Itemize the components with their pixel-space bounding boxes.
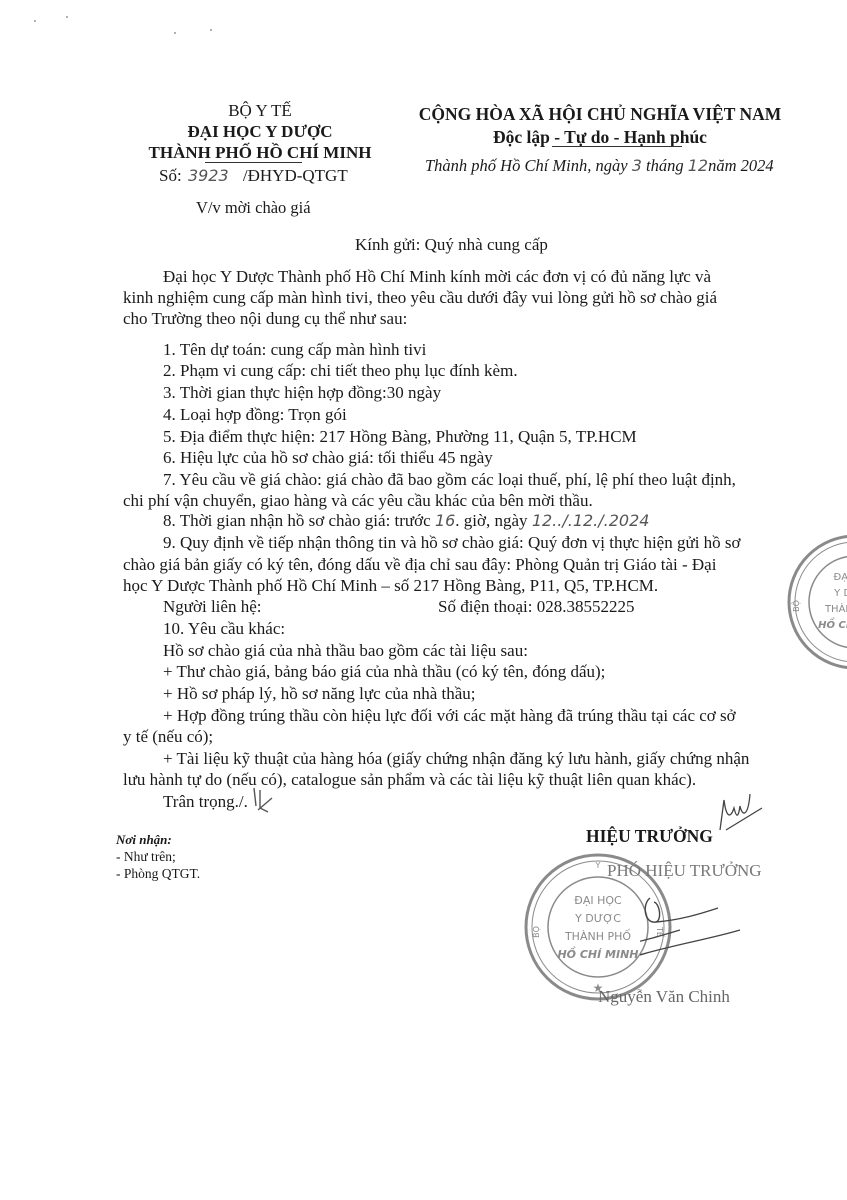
ministry-name: BỘ Y TẾ <box>130 100 390 121</box>
item-9-cont: chào giá bản giấy có ký tên, đóng dấu về… <box>123 555 716 575</box>
intro-line: Đại học Y Dược Thành phố Hồ Chí Minh kín… <box>163 267 711 287</box>
contact-phone: Số điện thoại: 028.38552225 <box>438 597 634 617</box>
item-10-d: + Tài liệu kỹ thuật của hàng hóa (giấy c… <box>163 749 749 769</box>
doc-number: Số: 3923 /ĐHYD-QTGT <box>159 166 348 186</box>
item-9: 9. Quy định về tiếp nhận thông tin và hồ… <box>163 533 741 553</box>
scan-speck <box>66 16 68 18</box>
doc-number-label: Số: <box>159 166 182 185</box>
closing: Trân trọng./. <box>163 792 248 812</box>
scan-speck <box>34 20 36 22</box>
university-name: ĐẠI HỌC Y DƯỢC <box>130 121 390 142</box>
svg-text:BỘ: BỘ <box>790 600 801 612</box>
item-10-c: + Hợp đồng trúng thầu còn hiệu lực đối v… <box>163 706 736 726</box>
date-day: 3 <box>632 156 642 175</box>
salutation: Kính gửi: Quý nhà cung cấp <box>355 235 548 255</box>
item-8: 8. Thời gian nhận hồ sơ chào giá: trước … <box>163 511 649 531</box>
item-5: 5. Địa điểm thực hiện: 217 Hồng Bàng, Ph… <box>163 427 637 447</box>
svg-text:Y DƯỢC: Y DƯỢC <box>574 912 621 925</box>
item-7: 7. Yêu cầu về giá chào: giá chào đã bao … <box>163 470 736 490</box>
item-7-cont: chi phí vận chuyển, giao hàng và các yêu… <box>123 491 593 511</box>
scan-speck <box>210 29 212 31</box>
university-city: THÀNH PHỐ HỒ CHÍ MINH <box>130 142 390 163</box>
signatory-name: Nguyễn Văn Chinh <box>598 987 730 1007</box>
svg-text:Y: Y <box>595 861 601 870</box>
initial-mark-icon <box>248 784 278 820</box>
signature-top-icon <box>706 786 766 836</box>
date-month: 12 <box>688 156 708 175</box>
item-10-b: + Hồ sơ pháp lý, hồ sơ năng lực của nhà … <box>163 684 476 704</box>
item-10-c-cont: y tế (nếu có); <box>123 727 213 747</box>
svg-text:HỒ CHÍ MINH: HỒ CHÍ MINH <box>557 946 638 961</box>
signatory-subtitle: PHÓ HIỆU TRƯỞNG <box>607 861 762 881</box>
svg-text:ĐẠI HỌC: ĐẠI HỌC <box>833 572 847 583</box>
svg-text:Y DƯỢC: Y DƯỢC <box>833 588 847 599</box>
item-3: 3. Thời gian thực hiện hợp đồng:30 ngày <box>163 383 441 403</box>
item-1: 1. Tên dự toán: cung cấp màn hình tivi <box>163 340 426 360</box>
svg-text:THÀNH PHỐ: THÀNH PHỐ <box>824 601 847 615</box>
item-6: 6. Hiệu lực của hồ sơ chào giá: tối thiể… <box>163 448 493 468</box>
svg-text:ĐẠI HỌC: ĐẠI HỌC <box>574 894 622 907</box>
header-divider <box>205 162 302 163</box>
svg-text:THÀNH PHỐ: THÀNH PHỐ <box>564 929 631 943</box>
recipients-title: Nơi nhận: <box>116 832 172 848</box>
item-4: 4. Loại hợp đồng: Trọn gói <box>163 405 347 425</box>
motto-underline <box>552 146 682 147</box>
partial-stamp-icon: BỘ ĐẠI HỌC Y DƯỢC THÀNH PHỐ HỒ CHÍ MINH <box>785 532 847 672</box>
issue-date: Thành phố Hồ Chí Minh, ngày 3 tháng 12nă… <box>425 156 774 176</box>
signature-icon <box>640 890 820 980</box>
item-10: 10. Yêu cầu khác: <box>163 619 285 639</box>
doc-number-suffix: /ĐHYD-QTGT <box>243 166 348 185</box>
intro-line: cho Trường theo nội dung cụ thể như sau: <box>123 309 407 329</box>
subject-line: V/v mời chào giá <box>196 198 311 218</box>
item-10-d-cont: lưu hành tự do (nếu có), catalogue sản p… <box>123 770 696 790</box>
national-title: CỘNG HÒA XÃ HỘI CHỦ NGHĨA VIỆT NAM <box>400 103 800 126</box>
recipient-item: - Như trên; <box>116 849 176 865</box>
svg-text:HỒ CHÍ MINH: HỒ CHÍ MINH <box>818 616 847 631</box>
deadline-hour: 16 <box>435 511 455 530</box>
national-header: CỘNG HÒA XÃ HỘI CHỦ NGHĨA VIỆT NAM Độc l… <box>400 103 800 149</box>
agency-header: BỘ Y TẾ ĐẠI HỌC Y DƯỢC THÀNH PHỐ HỒ CHÍ … <box>130 100 390 163</box>
item-10-a: + Thư chào giá, bảng báo giá của nhà thầ… <box>163 662 605 682</box>
svg-text:BỘ: BỘ <box>530 926 541 938</box>
scan-speck <box>174 32 176 34</box>
deadline-date: 12../.12./.2024 <box>532 511 650 530</box>
item-10-intro: Hồ sơ chào giá của nhà thầu bao gồm các … <box>163 641 528 661</box>
intro-line: kinh nghiệm cung cấp màn hình tivi, theo… <box>123 288 717 308</box>
contact-label: Người liên hệ: <box>163 597 261 617</box>
doc-number-handwritten: 3923 <box>188 166 229 185</box>
recipient-item: - Phòng QTGT. <box>116 866 200 882</box>
item-2: 2. Phạm vi cung cấp: chi tiết theo phụ l… <box>163 361 518 381</box>
item-9-cont: học Y Dược Thành phố Hồ Chí Minh – số 21… <box>123 576 658 596</box>
signatory-title: HIỆU TRƯỞNG <box>586 826 713 847</box>
